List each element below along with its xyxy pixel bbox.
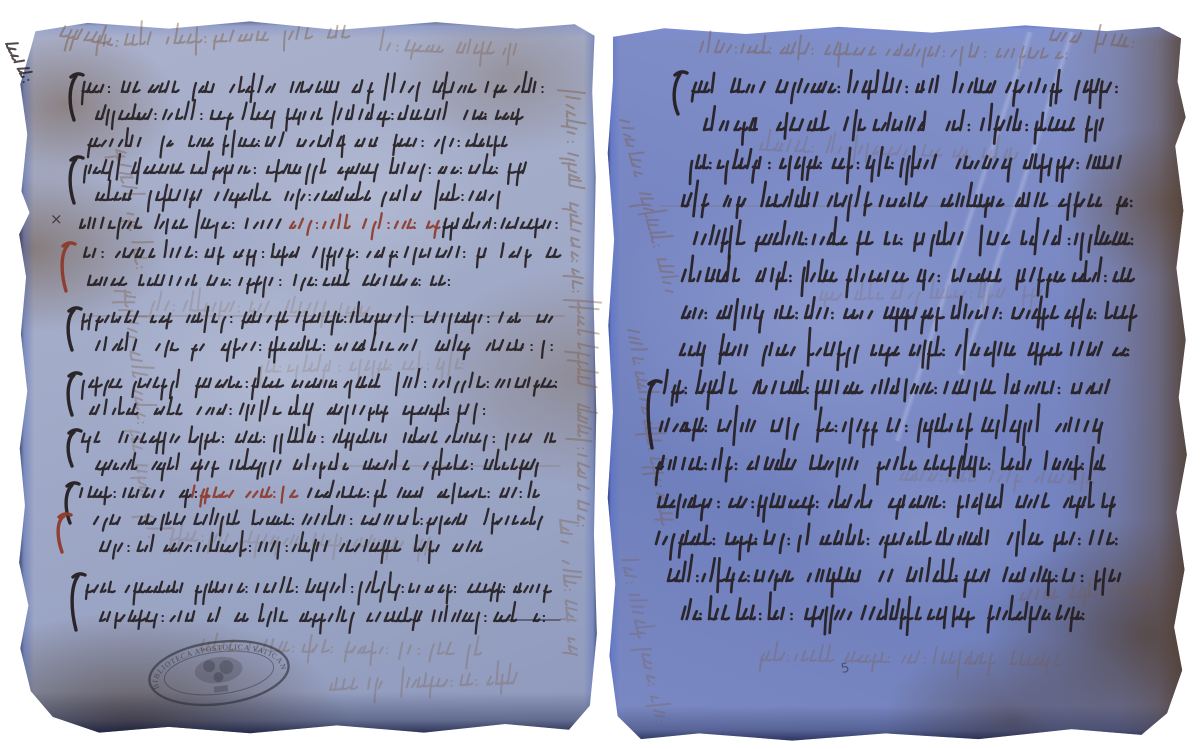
manuscript-photo: × 5 BIBLIOTECA APOSTOLICA VATICANA [0,0,1200,749]
manuscript-page-verso [18,20,598,734]
manuscript-page-recto [606,24,1188,742]
parchment-crease [893,31,1033,442]
